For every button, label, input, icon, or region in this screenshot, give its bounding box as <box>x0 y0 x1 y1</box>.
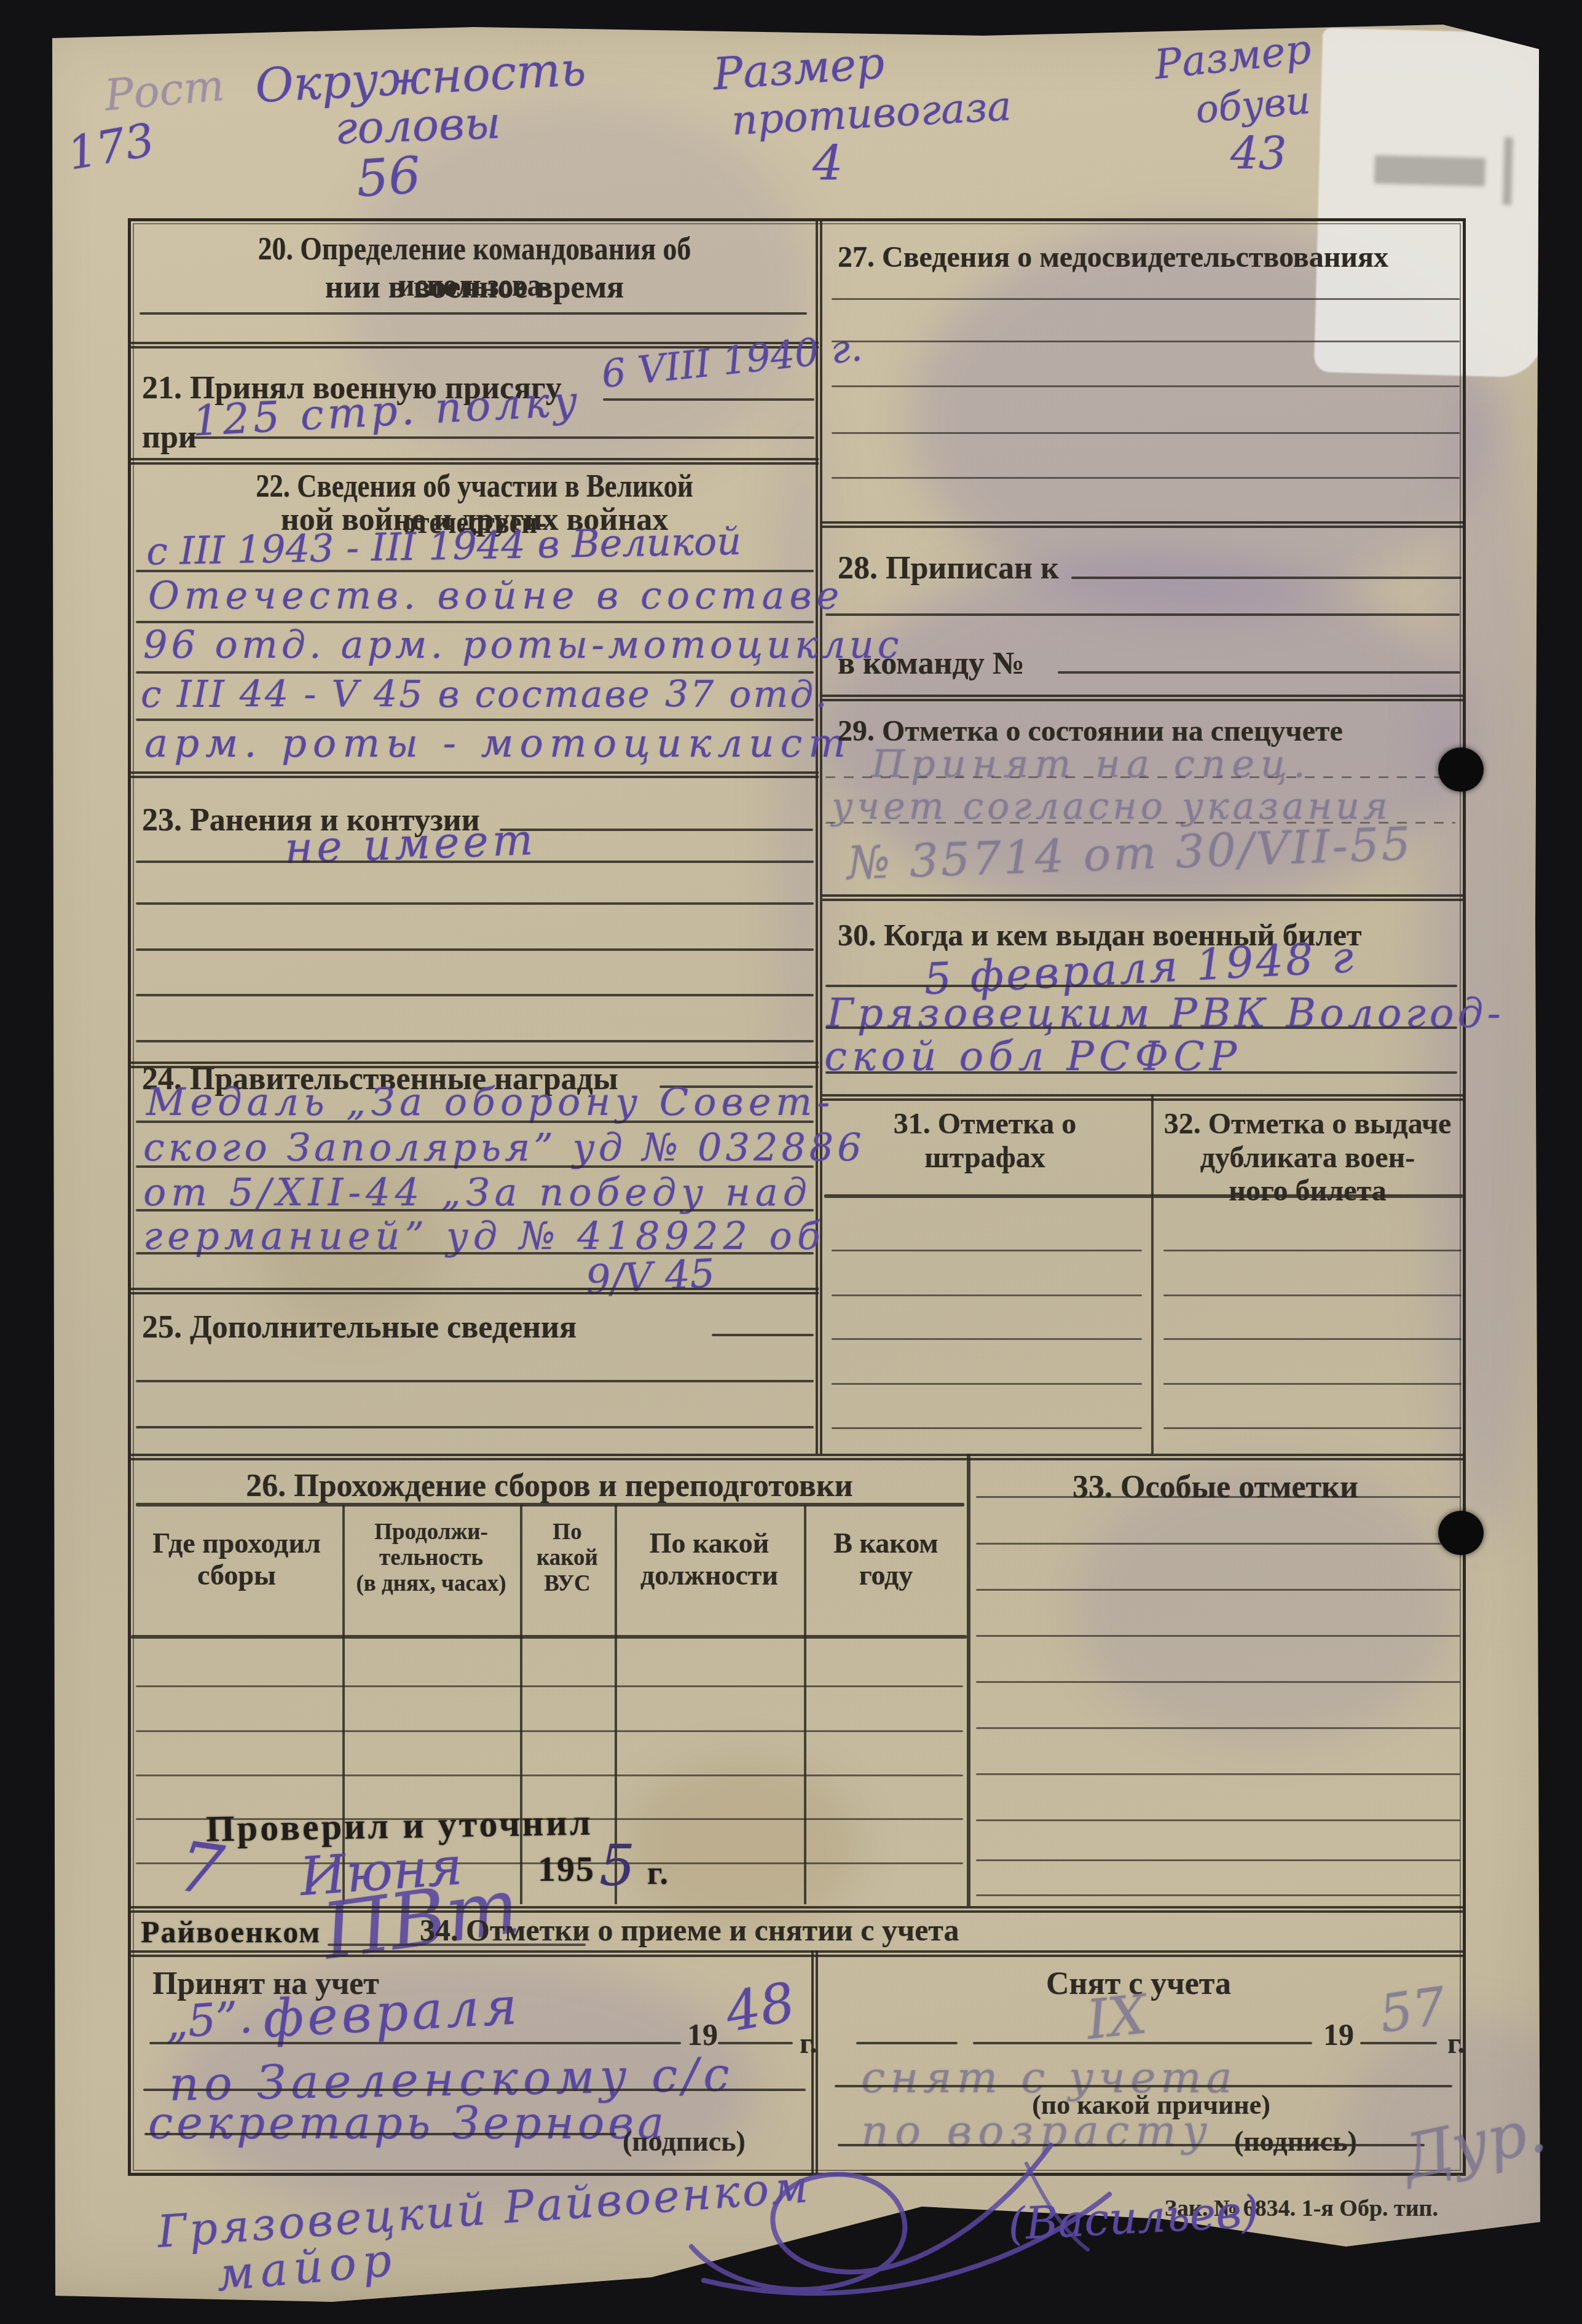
rule-line <box>712 1334 814 1336</box>
rule-line <box>1163 1427 1462 1429</box>
rule-line <box>825 1026 1457 1029</box>
rule-line <box>973 2042 1312 2044</box>
section20-title-line2: нии в военное время <box>140 269 809 305</box>
rule-line <box>976 1496 1460 1498</box>
note-shoe-value: 43 <box>1230 132 1287 176</box>
section-divider <box>131 458 819 465</box>
note-head-circumference-value: 56 <box>355 150 422 205</box>
removal-year-pencil: 57 <box>1377 1980 1449 2040</box>
rule-line <box>603 398 814 401</box>
rule-line <box>976 1589 1460 1591</box>
removal-year-printed: 19 <box>1323 2017 1354 2052</box>
section21-oath-date-handwriting: 6 VIII 1940 г. <box>600 328 864 393</box>
removal-sign-label: (подпись) <box>1234 2125 1357 2157</box>
rule-line <box>832 298 1460 300</box>
rule-line <box>838 2144 1425 2146</box>
note-height-word: Рост <box>103 64 226 117</box>
rule-line <box>976 1773 1460 1775</box>
section28-label2: в команду № <box>838 645 1025 682</box>
section22-handwriting-2: Отечеств. войне в составе <box>148 577 844 615</box>
note-shoe-line2: обуви <box>1194 81 1312 129</box>
section22-handwriting-3: 96 отд. арм. роты-мотоциклис <box>143 626 902 664</box>
section-divider <box>822 695 1463 701</box>
rule-line <box>976 1681 1460 1683</box>
section-divider <box>131 1906 1463 1913</box>
rule-line <box>1071 577 1462 579</box>
removal-year-suffix: г. <box>1447 2027 1465 2061</box>
rule-line <box>832 432 1460 434</box>
section25-title: 25. Дополнительные сведения <box>142 1309 577 1345</box>
rule-line <box>187 436 814 439</box>
rule-line <box>149 2042 681 2044</box>
rule-line <box>832 1294 1142 1296</box>
section26-col1-header: Где проходил сборы <box>131 1527 342 1592</box>
rule-line <box>136 1165 814 1168</box>
rule-line <box>136 902 814 905</box>
rule-line <box>824 1194 1463 1198</box>
rule-line <box>500 829 813 831</box>
rule-line <box>825 613 1460 616</box>
scanned-military-card-page: { "colors": { "background": "#121214", "… <box>0 0 1582 2324</box>
rule-line <box>832 1250 1142 1251</box>
rule-line <box>1163 1294 1462 1296</box>
removal-month-pencil: IX <box>1084 1987 1149 2047</box>
section-divider <box>131 1454 1463 1460</box>
hole-punch <box>1438 1511 1484 1555</box>
section24-handwriting-3: от 5/XII-44 „За победу над <box>143 1173 812 1211</box>
verification-year-suffix: г. <box>647 1856 669 1889</box>
section22-handwriting-1: с III 1943 - III 1944 в Великой <box>146 522 742 571</box>
section-divider <box>131 1950 1463 1957</box>
verification-date-day: 7 <box>175 1832 227 1907</box>
section-divider <box>822 1094 1463 1101</box>
accept-month-handwriting: февраля <box>262 1980 522 2045</box>
rule-line <box>976 1894 1460 1896</box>
rule-line <box>832 1427 1142 1429</box>
rule-line <box>976 1635 1460 1637</box>
rule-line <box>136 1380 814 1382</box>
registration-form: 20. Определение командования об использо… <box>128 218 1466 2176</box>
section-divider <box>131 1288 819 1294</box>
rule-line <box>136 1121 814 1123</box>
section22-handwriting-5: арм. роты - мотоциклист <box>144 724 852 763</box>
section29-pencil-2: учет согласно указания <box>832 788 1391 825</box>
rule-line <box>825 1071 1457 1074</box>
table-row-line <box>136 1685 963 1687</box>
rule-line <box>136 570 814 572</box>
rule-line <box>835 2085 1452 2087</box>
footer-signature-name: (Васильев) <box>1007 2189 1259 2246</box>
section26-title: 26. Прохождение сборов и переподготовки <box>131 1468 968 1504</box>
section-divider <box>131 771 819 778</box>
accept-row3-handwriting: секретарь Зернова <box>148 2101 667 2145</box>
section-divider <box>822 894 1463 901</box>
rule-line <box>140 312 807 315</box>
rule-line <box>136 1040 814 1042</box>
table-header-bottom-rule <box>131 1635 967 1639</box>
accept-year-handwriting: 48 <box>722 1975 799 2040</box>
section26-col3-header: По какой ВУС <box>520 1519 615 1597</box>
ghost-stamp-mark <box>1503 137 1513 205</box>
note-height-value: 173 <box>65 117 158 176</box>
rule-line <box>718 2042 793 2044</box>
section24-handwriting-4: германией” уд № 418922 об <box>143 1217 825 1255</box>
stamp-rayvoenkom: Райвоенком <box>141 1916 321 1947</box>
rule-line <box>832 1383 1142 1385</box>
dotted-rule-line <box>825 776 1455 778</box>
rule-line <box>832 385 1460 387</box>
section-divider <box>822 521 1463 528</box>
section28-label1: 28. Приписан к <box>838 550 1059 586</box>
section33-title: 33. Особые отметки <box>968 1469 1463 1505</box>
section31-title: 31. Отметка о штрафах <box>819 1108 1151 1175</box>
rule-line <box>136 1209 814 1211</box>
ghost-stamp-mark <box>1374 156 1486 187</box>
accept-year-suffix: г. <box>800 2027 817 2061</box>
note-gasmask-line2: противогаза <box>731 86 1013 141</box>
rule-line <box>1360 2042 1437 2044</box>
rule-line <box>832 477 1460 479</box>
accept-sign-label: (подпись) <box>623 2125 746 2157</box>
rule-line <box>832 1338 1142 1340</box>
rule-line <box>832 341 1460 342</box>
section29-pencil-3: № 35714 от 30/VII-55 <box>846 821 1414 886</box>
rule-line <box>856 2042 958 2044</box>
note-gasmask-line1: Размер <box>712 40 886 96</box>
section26-col5-header: В каком году <box>804 1527 968 1592</box>
table-header-top-rule <box>136 1503 964 1507</box>
section26-col2-header: Продолжи- тельность (в днях, часах) <box>342 1519 520 1597</box>
rule-line <box>976 1859 1460 1861</box>
table-row-line <box>136 1730 963 1732</box>
section27-title: 27. Сведения о медосвидетельствованиях <box>838 241 1388 275</box>
verification-year-stamp: 195 <box>538 1851 595 1887</box>
table-right-border <box>967 1454 970 1906</box>
rule-line <box>1163 1250 1462 1251</box>
rule-line <box>976 1727 1460 1729</box>
rule-line <box>136 994 814 996</box>
rule-line <box>143 2089 806 2091</box>
rule-line <box>136 861 814 863</box>
rule-line <box>144 2133 616 2135</box>
table-row-line <box>136 1775 963 1776</box>
rule-line <box>825 985 1457 987</box>
section24-handwriting-2: ского Заполярья” уд № 032886 <box>143 1129 865 1167</box>
section24-handwriting-1: Медаль „За оборону Совет- <box>146 1083 835 1121</box>
section22-handwriting-4: с III 44 - V 45 в составе 37 отд. <box>141 676 828 713</box>
rule-line <box>1163 1338 1462 1340</box>
column-divider <box>816 221 822 1454</box>
verification-year-digit: 5 <box>599 1838 636 1894</box>
rule-line <box>976 1543 1460 1545</box>
accept-day-handwriting: „5”. <box>163 1995 254 2045</box>
section34-title: 34. Отметки о приеме и снятии с учета <box>420 1913 959 1948</box>
rule-line <box>136 1426 814 1428</box>
rule-line <box>136 948 814 951</box>
rule-line <box>1163 1383 1462 1385</box>
hole-punch <box>1438 747 1484 792</box>
section32-title: 32. Отметка о выдаче дубликата воен- ног… <box>1152 1108 1463 1208</box>
note-gasmask-value: 4 <box>813 140 843 188</box>
note-shoe-line1: Размер <box>1152 29 1313 85</box>
rule-line <box>976 1819 1460 1821</box>
note-head-circumference-line2: головы <box>334 100 502 150</box>
rule-line <box>1058 671 1460 674</box>
section26-col4-header: По какой должности <box>615 1527 804 1592</box>
